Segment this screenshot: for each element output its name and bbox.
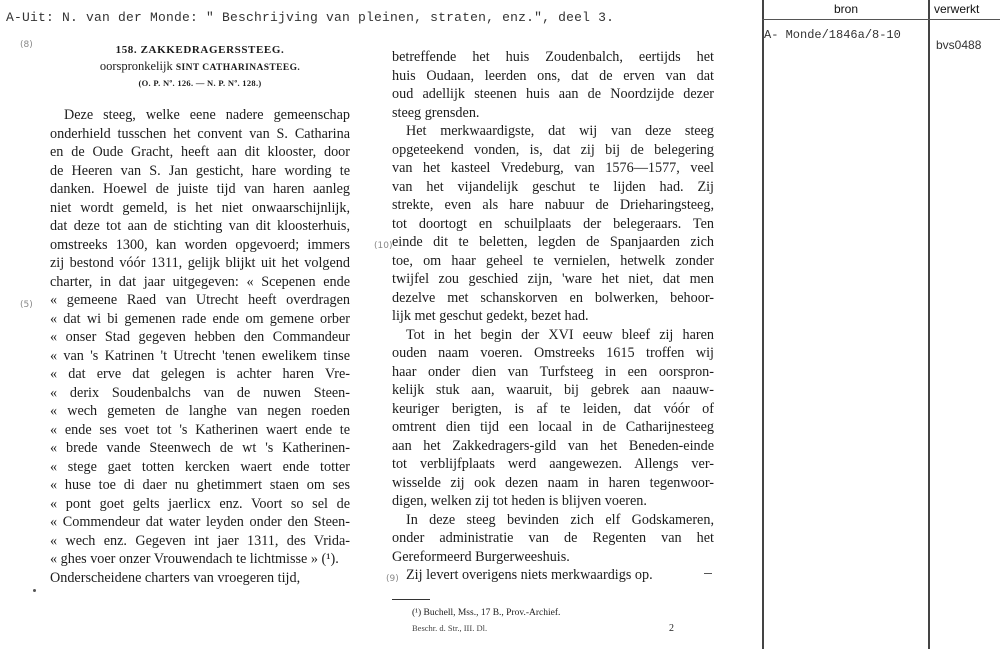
subtitle-prefix: oorspronkelijk [100, 59, 173, 73]
text-line: oud adellijk steenen huis aan de Noordzi… [392, 85, 714, 104]
text-line: « ende ses voet tot 's Katherinen waert … [50, 421, 350, 440]
scan-dot [33, 589, 36, 592]
text-line: « dat erve dat gelegen is achter haren V… [50, 365, 350, 384]
scan-mark [704, 573, 712, 574]
text-line: haar onder dien van Turfsteeg in een oor… [392, 363, 714, 382]
text-line: tot doortogt en schuilplaats der beleger… [392, 215, 714, 234]
text-line: toe, om haar geheel te vernielen, hetwel… [392, 252, 714, 271]
text-line: zij bestond vóór 1311, gelijk blijkt uit… [50, 254, 350, 273]
text-line: Deze steeg, welke eene nadere gemeenscha… [50, 106, 350, 125]
table-border-left [762, 0, 764, 649]
text-line: Zij levert overigens niets merkwaardigs … [392, 566, 714, 585]
text-line: omstreeks 1300, kan worden opgevoerd; im… [50, 236, 350, 255]
text-line: « pont goet gelts jaerlicx enz. Voort so… [50, 495, 350, 514]
text-line: dezelve met schanskorven en bolwerken, b… [392, 289, 714, 308]
text-line: danken. Hoewel de juiste tijd van haren … [50, 180, 350, 199]
text-line: Gereformeerd Burgerweeshuis. [392, 548, 714, 567]
text-line: twijfel zou geschied zijn, 'ware het nie… [392, 270, 714, 289]
header-verwerkt: verwerkt [934, 2, 979, 16]
text-line: wisselde zij ook dezen naam in haren teg… [392, 474, 714, 493]
header-bron: bron [834, 2, 858, 16]
text-line: betreffende het huis Zoudenbalch, eertij… [392, 48, 714, 67]
text-line: van het vijandelijk geschut te lijden ha… [392, 178, 714, 197]
text-line: niet wordt gemeld, is het niet onwaarsch… [50, 199, 350, 218]
text-line: « wech enz. Gegeven int jaer 1311, des V… [50, 532, 350, 551]
article-ref: (O. P. Nº. 126. — N. P. Nº. 128.) [50, 78, 350, 88]
bron-verwerkt-table: bron verwerkt A- Monde/1846a/8-10 bvs048… [762, 0, 1000, 649]
left-text-body: Deze steeg, welke eene nadere gemeenscha… [50, 106, 350, 587]
text-line: « derix Soudenbalchs van de nuwen Steen- [50, 384, 350, 403]
text-line: onderhield tusschen het convent van S. C… [50, 125, 350, 144]
table-header-rule [762, 19, 1000, 20]
text-line: « dat wi bi gemenen rade ende om gemene … [50, 310, 350, 329]
text-line: « ghes voer onzer Vrouwendach te lichtmi… [50, 550, 350, 569]
text-line: aan het Zakkedragers-gild van het Benede… [392, 437, 714, 456]
text-line: onder administratie van de Regenten van … [392, 529, 714, 548]
footnote-rule [392, 599, 430, 600]
right-text-body: betreffende het huis Zoudenbalch, eertij… [392, 48, 714, 585]
text-line: omtrent dien tijd een locaal in de Catha… [392, 418, 714, 437]
text-line: tot verblijfplaats werd aangewezen. Alle… [392, 455, 714, 474]
text-line: Het merkwaardigste, dat wij van deze ste… [392, 122, 714, 141]
text-line: steeg grensden. [392, 104, 714, 123]
text-line: en de Oude Gracht, heeft aan dit klooste… [50, 143, 350, 162]
article-title: 158. ZAKKEDRAGERSSTEEG. [50, 44, 350, 56]
footnote-line-1: (¹) Buchell, Mss., 17 B., Prov.-Archief. [412, 606, 714, 621]
text-line: opgeteekend vonden, is, dat zij bij de b… [392, 141, 714, 160]
verwerkt-value: bvs0488 [936, 38, 981, 52]
text-line: charter, in dat jaar uitgegeven: « Scepe… [50, 273, 350, 292]
left-column: 158. ZAKKEDRAGERSSTEEG. oorspronkelijk S… [50, 44, 350, 587]
text-line: van het kasteel Vredeburg, van 1576—1577… [392, 159, 714, 178]
text-line: Tot in het begin der XVI eeuw bleef zij … [392, 326, 714, 345]
text-line: de Heeren van S. Jan gesticht, hare word… [50, 162, 350, 181]
text-line: « onser Stad gegeven hebben den Commande… [50, 328, 350, 347]
text-line: « brede vande Steenwech de wt 's Katheri… [50, 439, 350, 458]
text-line: « huse toe di daer nu ghetimmert staen o… [50, 476, 350, 495]
text-line: « van 's Katrinen 't Utrecht 'tenen ewel… [50, 347, 350, 366]
right-column: betreffende het huis Zoudenbalch, eertij… [392, 48, 714, 636]
article-subtitle: oorspronkelijk SINT CATHARINASTEEG. [50, 59, 350, 74]
margin-note-8: (8) [20, 40, 33, 50]
text-line: keuriger berigten, is af te leiden, dat … [392, 400, 714, 419]
text-line: huis Oudaan, leerden ons, dat de erven v… [392, 67, 714, 86]
bron-value: A- Monde/1846a/8-10 [764, 28, 901, 42]
margin-note-5: (5) [20, 300, 33, 310]
page-signature: 2 [669, 621, 674, 636]
text-line: lijk met geschut gedekt, bezet had. [392, 307, 714, 326]
subtitle-name: SINT CATHARINASTEEG. [176, 63, 300, 73]
text-line: strekte, even als hare nabuur de Driehar… [392, 196, 714, 215]
footnote: (¹) Buchell, Mss., 17 B., Prov.-Archief.… [392, 606, 714, 636]
text-line: In deze steeg bevinden zich elf Godskame… [392, 511, 714, 530]
text-line: « gemeene Raed van Utrecht heeft overdra… [50, 291, 350, 310]
text-line: einde dit te beletten, legden de Spanjaa… [392, 233, 714, 252]
text-line: kelijk stuk aan, waaruit, bij gebrek aan… [392, 381, 714, 400]
margin-note-10: (10) [374, 241, 392, 251]
source-header: A-Uit: N. van der Monde: " Beschrijving … [6, 10, 614, 25]
text-line: « stege gaet totten kercken waert ende t… [50, 458, 350, 477]
table-border-mid [928, 0, 930, 649]
text-line: dat deze tot aan de stichting van dit kl… [50, 217, 350, 236]
text-line: « wech gemeten de langhe van negen roede… [50, 402, 350, 421]
text-line: ouden naam voeren. Omstreeks 1615 troffe… [392, 344, 714, 363]
text-line: Onderscheidene charters van vroegeren ti… [50, 569, 350, 588]
text-line: « Commendeur dat water leyden onder den … [50, 513, 350, 532]
text-line: digen, welken zij tot heden is blijven v… [392, 492, 714, 511]
